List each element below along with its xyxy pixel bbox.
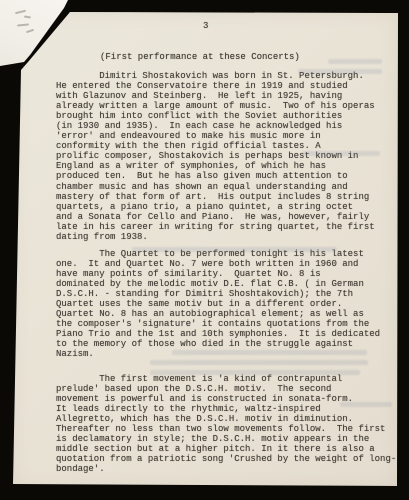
paragraph-composer-biography: Dimitri Shostakovich was born in St. Pet… <box>56 71 375 242</box>
bleed-through-text <box>328 59 382 64</box>
paragraph-quartet-no8-description: The Quartet to be performed tonight is h… <box>56 249 380 360</box>
pencil-marks <box>24 16 31 18</box>
section-heading: (First performance at these Concerts) <box>100 52 300 62</box>
document-page: 3 (First performance at these Concerts) … <box>0 0 409 500</box>
page-number: 3 <box>203 21 208 31</box>
pencil-marks <box>17 23 29 26</box>
bleed-through-text <box>150 360 368 365</box>
scanned-document-photo: 3 (First performance at these Concerts) … <box>0 0 409 500</box>
paragraph-movements-description: The first movement is 'a kind of contrap… <box>56 374 396 474</box>
pencil-marks <box>15 10 26 14</box>
pencil-marks <box>26 29 34 33</box>
